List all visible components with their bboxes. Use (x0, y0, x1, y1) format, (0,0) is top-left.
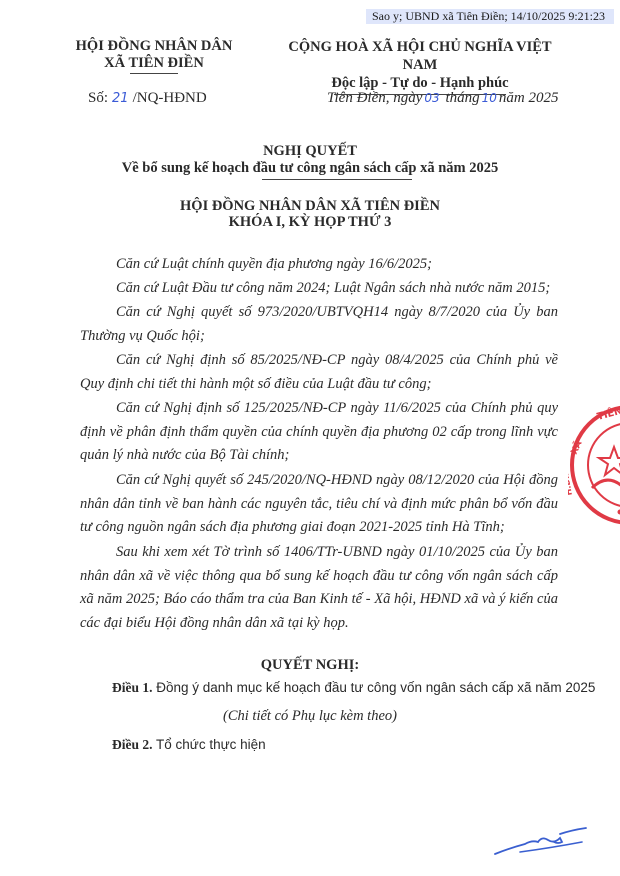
article-2-label: Điều 2. (112, 737, 153, 752)
decision-heading: QUYẾT NGHỊ: (0, 657, 620, 674)
article-2: Điều 2. Tổ chức thực hiện (112, 737, 266, 753)
session-heading: KHÓA I, KỲ HỌP THỨ 3 (0, 214, 620, 231)
preamble-item: Căn cứ Nghị quyết số 245/2020/NQ-HĐND ng… (80, 469, 558, 540)
issuing-body: HỘI ĐỒNG NHÂN DÂN XÃ TIÊN ĐIỀN (64, 38, 244, 74)
number-prefix: Số: (88, 90, 108, 106)
svg-text:XÃ: XÃ (569, 439, 585, 456)
article-1-text: Đồng ý danh mục kế hoạch đầu tư công vốn… (156, 680, 595, 695)
preamble-item: Căn cứ Luật Đầu tư công năm 2024; Luật N… (80, 277, 558, 301)
document-subject: Về bổ sung kế hoạch đầu tư công ngân sác… (0, 160, 620, 177)
signature-icon (490, 822, 590, 862)
svg-text:TIÊN: TIÊN (595, 404, 620, 423)
article-1-label: Điều 1. (112, 680, 153, 695)
country-name: CỘNG HOÀ XÃ HỘI CHỦ NGHĨA VIỆT NAM (270, 38, 570, 74)
article-1-note: (Chi tiết có Phụ lục kèm theo) (0, 708, 620, 725)
national-motto: CỘNG HOÀ XÃ HỘI CHỦ NGHĨA VIỆT NAM Độc l… (270, 38, 570, 95)
date-month-label: tháng (445, 90, 479, 106)
preamble-item: Căn cứ Luật chính quyền địa phương ngày … (80, 253, 558, 277)
preamble-item: Căn cứ Nghị định số 85/2025/NĐ-CP ngày 0… (80, 349, 558, 396)
document-type: NGHỊ QUYẾT (0, 143, 620, 160)
article-2-text: Tổ chức thực hiện (156, 737, 266, 752)
preamble-item: Sau khi xem xét Tờ trình số 1406/TTr-UBN… (80, 541, 558, 635)
number-handwritten: 21 (108, 91, 133, 106)
document-number: Số:21/NQ-HĐND (88, 90, 207, 107)
issue-date: Tiên Điền, ngày03 tháng10năm 2025 (327, 90, 558, 107)
issuing-body-line1: HỘI ĐỒNG NHÂN DÂN (64, 38, 244, 55)
issuer-heading: HỘI ĐỒNG NHÂN DÂN XÃ TIÊN ĐIỀN (0, 198, 620, 215)
preamble-item: Căn cứ Nghị quyết số 973/2020/UBTVQH14 n… (80, 301, 558, 348)
number-suffix: /NQ-HĐND (133, 90, 207, 106)
date-day: 03 (422, 91, 441, 105)
official-seal-icon: TIÊN XÃ H.Đ.N.D (568, 400, 620, 530)
issuing-body-line2: XÃ TIÊN ĐIỀN (64, 55, 244, 72)
divider (130, 73, 178, 74)
subject-underline (262, 179, 412, 180)
date-month: 10 (480, 91, 499, 105)
preamble-item: Căn cứ Nghị định số 125/2025/NĐ-CP ngày … (80, 397, 558, 468)
article-1: Điều 1. Đồng ý danh mục kế hoạch đầu tư … (112, 680, 595, 696)
date-year: năm 2025 (499, 90, 559, 106)
date-prefix: Tiên Điền, ngày (327, 90, 422, 106)
copy-certification-stamp: Sao y; UBND xã Tiên Điền; 14/10/2025 9:2… (366, 9, 614, 24)
